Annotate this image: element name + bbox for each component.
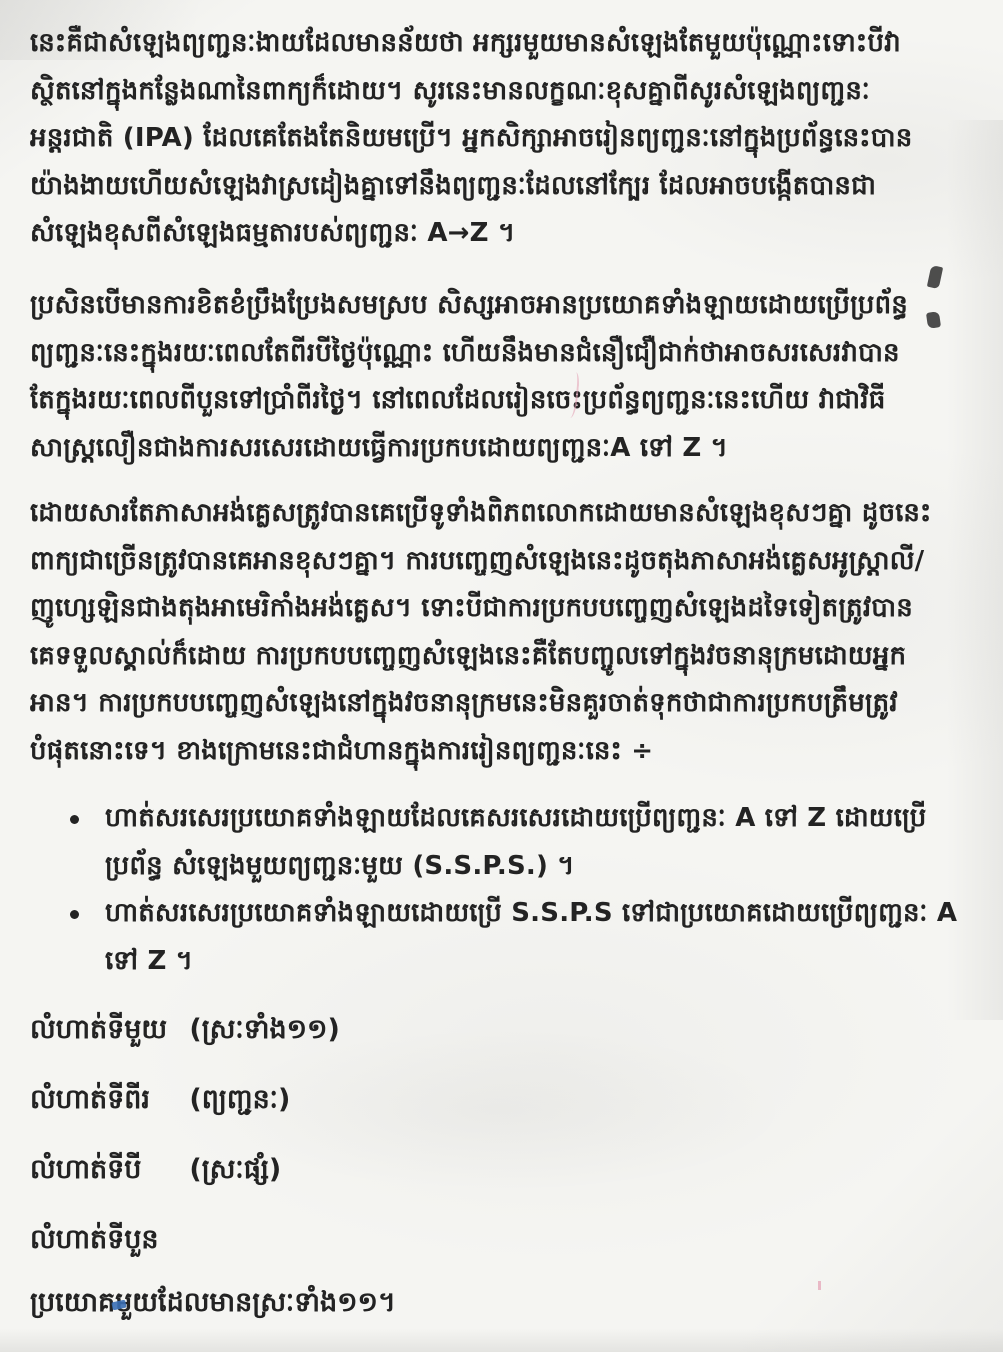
paragraph-english-variants: ដោយសារតែភាសាអង់គ្លេសត្រូវបានគេប្រើទូទាំង… bbox=[30, 490, 980, 775]
paragraph-line: ស្ថិតនៅក្នុងកន្លែងណានៃពាក្យក៏ដោយ។ សូរនេះ… bbox=[30, 68, 980, 116]
bullet-item-practice-ssps-to-atoz: ហាត់សរសេរប្រយោគទាំងឡាយដោយប្រើ S.S.P.S ទៅ… bbox=[30, 890, 980, 985]
paragraph-line: តែក្នុងរយៈពេលពីបួនទៅប្រាំពីរថ្ងៃ។ នៅពេលដ… bbox=[30, 377, 980, 425]
bullet-line: ប្រព័ន្ធ សំឡេងមួយព្យញ្ជនៈមួយ (S.S.P.S.) … bbox=[105, 843, 980, 891]
paragraph-line: អន្តរជាតិ (IPA) ដែលគេតែងតែនិយមប្រើ។ អ្នក… bbox=[30, 115, 980, 163]
bullet-item-practice-atoz-to-ssps: ហាត់សរសេរប្រយោគទាំងឡាយដែលគេសរសេរដោយប្រើព… bbox=[30, 795, 980, 890]
paragraph-line: ព្យញ្ជនៈនេះក្នុងរយៈពេលតែពីរបីថ្ងៃប៉ុណ្ណោ… bbox=[30, 330, 980, 378]
bullet-line: ហាត់សរសេរប្រយោគទាំងឡាយដែលគេសរសេរដោយប្រើព… bbox=[105, 795, 980, 843]
paragraph-line: នេះគឺជាសំឡេងព្យញ្ជនៈងាយដែលមានន័យថា អក្សរ… bbox=[30, 20, 980, 68]
paragraph-intro: នេះគឺជាសំឡេងព្យញ្ជនៈងាយដែលមានន័យថា អក្សរ… bbox=[30, 20, 980, 258]
scan-edge-shadow-bottom bbox=[0, 1326, 1003, 1352]
paragraph-line: ប្រសិនបើមានការខិតខំប្រឹងប្រែងសមស្រប សិស្… bbox=[30, 282, 980, 330]
exercise-label: លំហាត់ទីបួន bbox=[30, 1215, 180, 1265]
paragraph-line: ញូហ្សេឡិនជាងតុងអាមេរិកាំងអង់គ្លេស។ ទោះបី… bbox=[30, 585, 980, 633]
exercise-note: (ព្យញ្ជនៈ) bbox=[189, 1075, 290, 1125]
bullet-dot-icon bbox=[70, 815, 79, 824]
stray-ink-mark bbox=[926, 311, 941, 329]
paragraph-line: ពាក្យជាច្រើនត្រូវបានគេអានខុសៗគ្នា។ ការបញ… bbox=[30, 538, 980, 586]
exercise-note: (ស្រៈទាំង១១) bbox=[189, 1005, 339, 1055]
exercise-heading-3: លំហាត់ទីបី (ស្រៈផ្សំ) bbox=[30, 1145, 930, 1195]
bullet-line: ទៅ Z ។ bbox=[105, 938, 980, 986]
paragraph-line: សំឡេងខុសពីសំឡេងធម្មតារបស់ព្យញ្ជនៈ A→Z ។ bbox=[30, 210, 980, 258]
exercise-heading-2: លំហាត់ទីពីរ (ព្យញ្ជនៈ) bbox=[30, 1075, 930, 1125]
exercise-note: (ស្រៈផ្សំ) bbox=[189, 1145, 281, 1195]
exercise-heading-1: លំហាត់ទីមួយ (ស្រៈទាំង១១) bbox=[30, 1005, 930, 1055]
paragraph-line: គេទទួលស្គាល់ក៏ដោយ ការប្រកបបញ្ចេញសំឡេងនេះ… bbox=[30, 633, 980, 681]
bullet-dot-icon bbox=[70, 910, 79, 919]
bullet-line: ហាត់សរសេរប្រយោគទាំងឡាយដោយប្រើ S.S.P.S ទៅ… bbox=[105, 890, 980, 938]
exercise-label: លំហាត់ទីបី bbox=[30, 1145, 180, 1195]
exercise-label: លំហាត់ទីមួយ bbox=[30, 1005, 180, 1055]
paragraph-line: យ៉ាងងាយហើយសំឡេងវាស្រដៀងគ្នាទៅនឹងព្យញ្ជនៈ… bbox=[30, 163, 980, 211]
footer-sentence: ប្រយោគមួយដែលមានស្រៈទាំង១១។ bbox=[30, 1278, 930, 1328]
paragraph-effort: ប្រសិនបើមានការខិតខំប្រឹងប្រែងសមស្រប សិស្… bbox=[30, 282, 980, 472]
paragraph-line: អាន។ ការប្រកបបញ្ចេញសំឡេងនៅក្នុងវចនានុក្រ… bbox=[30, 680, 980, 728]
bullet-list: ហាត់សរសេរប្រយោគទាំងឡាយដែលគេសរសេរដោយប្រើព… bbox=[30, 795, 980, 985]
paragraph-line: បំផុតនោះទេ។ ខាងក្រោមនេះជាជំហានក្នុងការរៀ… bbox=[30, 728, 980, 776]
paragraph-line: ដោយសារតែភាសាអង់គ្លេសត្រូវបានគេប្រើទូទាំង… bbox=[30, 490, 980, 538]
scanned-document-page: នេះគឺជាសំឡេងព្យញ្ជនៈងាយដែលមានន័យថា អក្សរ… bbox=[0, 0, 1003, 1352]
paragraph-line: សាស្ត្រលឿនជាងការសរសេរដោយធ្វើការប្រកបដោយព… bbox=[30, 425, 980, 473]
exercise-heading-4: លំហាត់ទីបួន bbox=[30, 1215, 930, 1265]
exercise-label: លំហាត់ទីពីរ bbox=[30, 1075, 180, 1125]
pink-speck bbox=[818, 1281, 821, 1290]
